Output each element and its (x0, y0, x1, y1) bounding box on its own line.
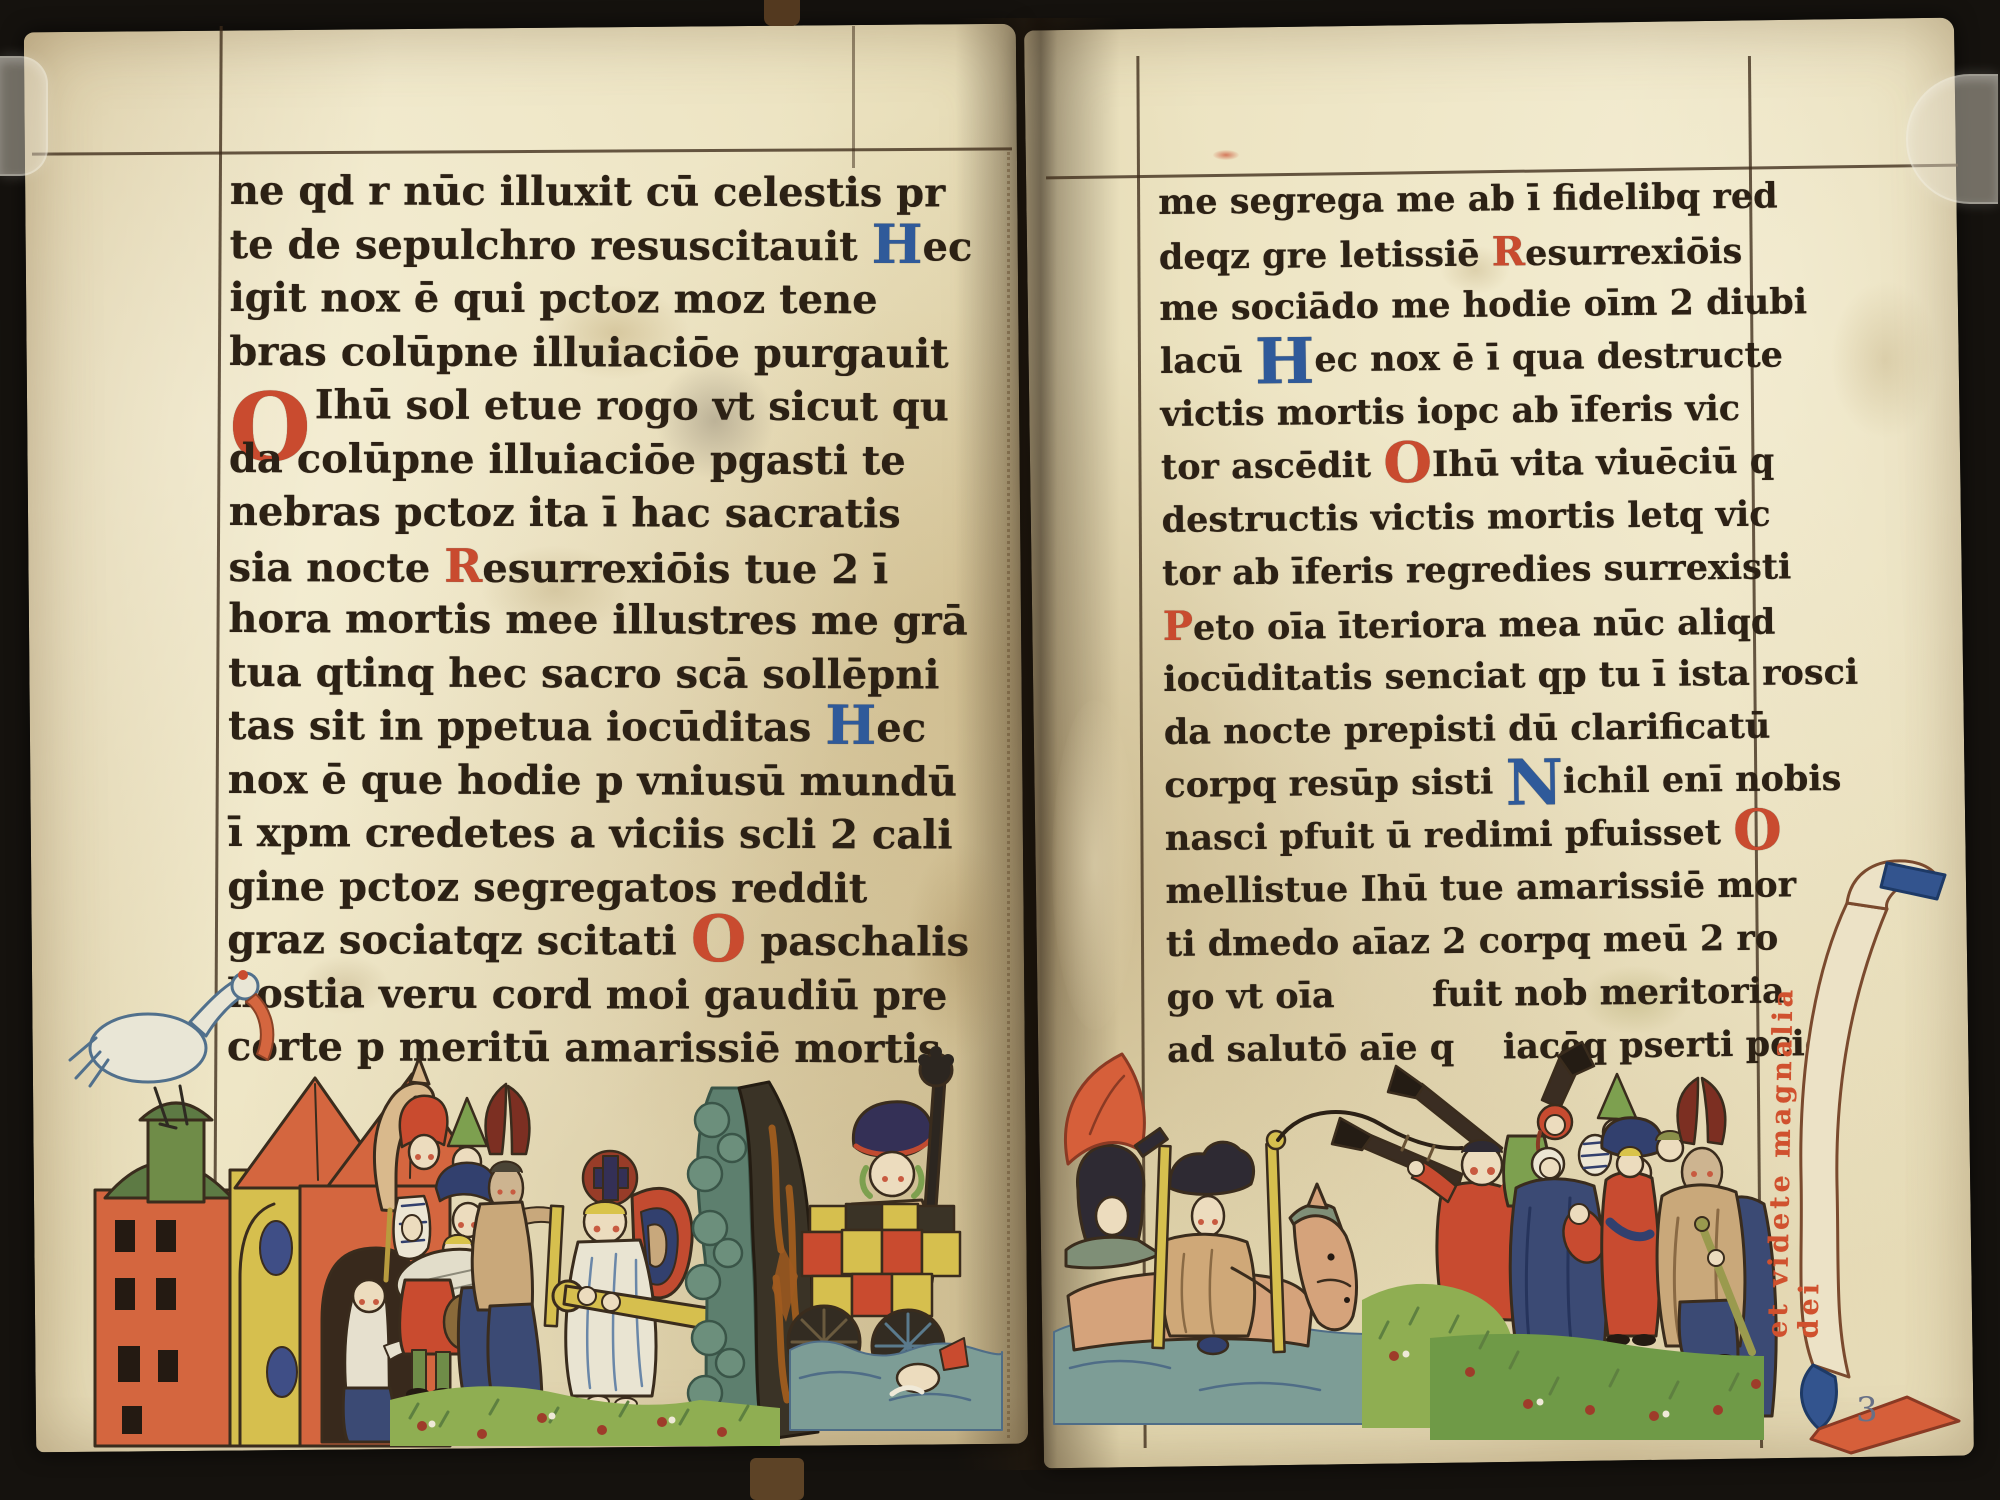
manuscript-text-line: da nocte prepisti dū clarificatū (1164, 699, 1805, 759)
text-segment: lacū (1160, 340, 1255, 382)
text-segment: me segrega me ab ī fidelibq red (1158, 176, 1778, 223)
text-segment: da nocte prepisti dū clarificatū (1164, 706, 1771, 753)
text-segment: tua qtinq hec sacro scā sollēpni (228, 648, 939, 697)
text-segment: nox ē que hodie p vniusū mundū (228, 755, 957, 805)
manuscript-text-line: ī xpm credetes a viciis scli 2 cali (228, 806, 1028, 862)
text-segment: ī xpm credetes a viciis scli 2 cali (228, 809, 953, 859)
text-segment: ne qd r nūc illuxit cū celestis pr (230, 167, 946, 216)
ruling-line-vertical-top-short (852, 26, 855, 168)
folio-number: 3 (1856, 1390, 1878, 1430)
scroll-inscription: et videte magnalia dei (1762, 918, 1815, 1339)
manuscript-text-line: sia nocte Resurrexiōis tue 2 ī (229, 538, 1029, 594)
manuscript-text-line: Peto oīa īteriora mea nūc aliqd (1162, 593, 1803, 653)
manuscript-text-line: me segrega me ab ī fidelibq red (1158, 169, 1799, 229)
text-segment: go vt oīa fuit nob meritoria (1166, 970, 1784, 1017)
text-segment: destructis victis mortis letq vic (1161, 494, 1770, 541)
manuscript-text-line: iocūditatis senciat qp tu ī ista rosci (1163, 646, 1804, 706)
manuscript-text-line: go vt oīa fuit nob meritoria (1166, 964, 1807, 1024)
text-segment: da colūpne illuiaciōe pgasti te (229, 434, 906, 483)
manuscript-text-line: victis mortis iopc ab īferis vic (1160, 381, 1801, 441)
manuscript-text-line: hora mortis mee illustres me grā (228, 592, 1028, 648)
manuscript-text-line: te de sepulchro resuscitauit Hec (230, 217, 1030, 273)
text-segment: nebras pctoz ita ī hac sacratis (229, 488, 901, 537)
manuscript-text-line: nasci pfuit ū redimi pfuisset O (1165, 805, 1806, 865)
manuscript-text-line: tua qtinq hec sacro scā sollēpni (228, 645, 1028, 701)
manuscript-text-line: tas sit in ppetua iocūditas Hec (228, 699, 1028, 755)
text-segment: ichil enī nobis (1563, 758, 1842, 802)
text-segment: ti dmedo aīaz 2 corpq meū 2 ro (1166, 918, 1779, 965)
text-segment: mellistue Ihū tue amarissiē mor (1165, 864, 1796, 912)
page-clip-left-icon (0, 56, 48, 176)
text-segment: bras colūpne illuiaciōe purgauit (229, 327, 948, 377)
text-segment: me sociādo me hodie oīm 2 diubi (1159, 281, 1807, 329)
text-segment: hora mortis mee illustres me grā (228, 595, 967, 645)
manuscript-text-line: da colūpne illuiaciōe pgasti te (229, 431, 1029, 487)
binding-strap-top (764, 0, 800, 26)
text-segment: gine pctoz segregatos reddit (227, 862, 867, 911)
text-segment: ec (922, 223, 972, 270)
manuscript-text-line: tor ascēdit OIhū vita viuēciū q (1161, 434, 1802, 494)
manuscript-text-line: tor ab īferis regredies surrexisti (1162, 540, 1803, 600)
text-segment: te de sepulchro resuscitauit (230, 220, 872, 269)
manuscript-text-line: lacū Hec nox ē ī qua destructe (1160, 328, 1801, 388)
manuscript-text-line: nebras pctoz ita ī hac sacratis (229, 485, 1029, 541)
illuminated-initial: H (871, 211, 922, 275)
text-segment: tor ascēdit (1161, 445, 1384, 488)
text-segment: ec (876, 704, 926, 751)
manuscript-text-line: corpq resūp sisti Nichil enī nobis (1164, 752, 1805, 812)
text-segment: esurrexiōis tue 2 ī (482, 544, 888, 592)
left-bas-de-page-miniature (60, 948, 1020, 1448)
text-segment: ec nox ē ī qua destructe (1314, 334, 1783, 380)
right-bas-de-page-miniature (1050, 1038, 1810, 1462)
manuscript-text-line: deqz gre letissiē Resurrexiōis (1159, 222, 1800, 282)
manuscript-text-line: igit nox ē qui pctoz moz tene (229, 271, 1029, 327)
text-segment: corpq resūp sisti (1164, 761, 1506, 806)
illuminated-initial: P (1162, 603, 1193, 650)
manuscript-text-line: destructis victis mortis letq vic (1161, 487, 1802, 547)
text-segment: sia nocte (229, 543, 445, 591)
text-segment: esurrexiōis (1525, 231, 1742, 274)
text-segment: Ihū vita viuēciū q (1432, 441, 1775, 486)
manuscript-text-line: nox ē que hodie p vniusū mundū (228, 752, 1028, 808)
text-segment: Ihū sol etue rogo vt sicut qu (315, 381, 949, 430)
text-segment: victis mortis iopc ab īferis vic (1160, 388, 1740, 435)
pharaoh-cart-in-red-sea (788, 1046, 1002, 1430)
text-segment: tor ab īferis regredies surrexisti (1162, 546, 1792, 594)
text-segment: nasci pfuit ū redimi pfuisset (1165, 812, 1734, 859)
manuscript-text-line: gine pctoz segregatos reddit (227, 859, 1027, 915)
left-page-text-column: ne qd r nūc illuxit cū celestis prte de … (227, 164, 1030, 1076)
text-segment: iocūditatis senciat qp tu ī ista rosci (1163, 652, 1858, 700)
text-segment: deqz gre letissiē (1159, 234, 1492, 278)
manuscript-text-line: bras colūpne illuiaciōe purgauit (229, 324, 1029, 380)
moses-with-horns-and-staff (1657, 1078, 1752, 1366)
binding-strap-bottom (750, 1458, 804, 1500)
illuminated-initial: H (825, 693, 876, 757)
photographed-book-spread: ne qd r nūc illuxit cū celestis prte de … (0, 0, 2000, 1500)
illuminated-initial: R (444, 538, 482, 592)
right-page-text-column: me segrega me ab ī fidelibq reddeqz gre … (1158, 169, 1807, 1077)
manuscript-text-line: mellistue Ihū tue amarissiē mor (1165, 858, 1806, 918)
manuscript-photo: { "palette": { "backdrop":"#15120e", "pa… (0, 0, 2000, 1500)
text-segment: tas sit in ppetua iocūditas (228, 702, 825, 751)
illuminated-initial: R (1491, 228, 1525, 275)
manuscript-text-line: ti dmedo aīaz 2 corpq meū 2 ro (1166, 911, 1807, 971)
manuscript-text-line: OIhū sol etue rogo vt sicut qu (229, 378, 1029, 434)
text-segment: eto oīa īteriora mea nūc aliqd (1193, 602, 1776, 649)
text-segment: igit nox ē qui pctoz moz tene (229, 274, 877, 323)
illuminated-initial: O (1383, 430, 1432, 497)
hooded-riders-on-horse (1066, 1142, 1357, 1354)
